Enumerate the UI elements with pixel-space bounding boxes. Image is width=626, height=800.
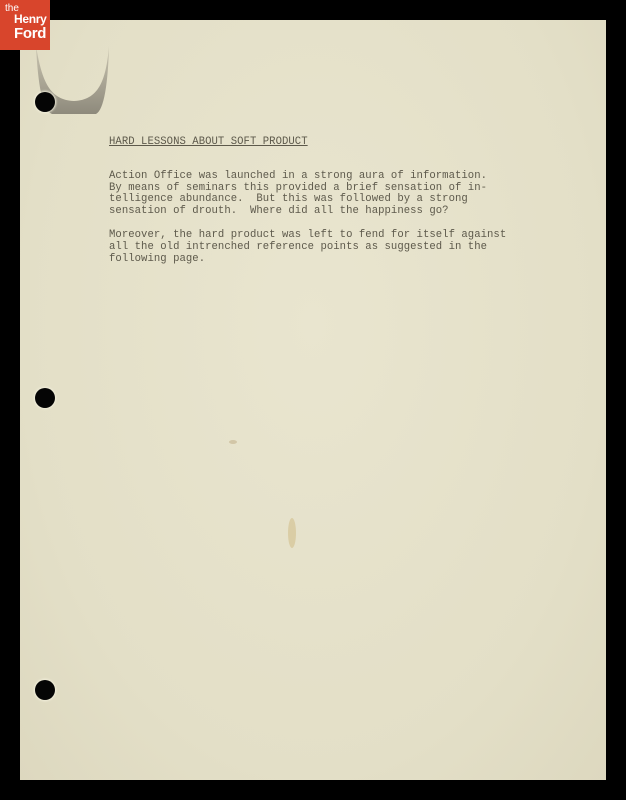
logo-ford: Ford <box>14 26 46 41</box>
paragraph-1: Action Office was launched in a strong a… <box>109 171 569 218</box>
binder-hole-top <box>35 92 55 112</box>
document-title: HARD LESSONS ABOUT SOFT PRODUCT <box>109 137 569 149</box>
paper-speck <box>229 440 237 444</box>
paragraph-2: Moreover, the hard product was left to f… <box>109 230 569 265</box>
paper-stain <box>288 518 296 548</box>
document-page <box>20 20 606 780</box>
document-body: HARD LESSONS ABOUT SOFT PRODUCT Action O… <box>109 137 569 277</box>
henry-ford-logo: the Henry Ford <box>0 0 50 50</box>
binder-hole-middle <box>35 388 55 408</box>
logo-henry: Henry <box>14 13 47 25</box>
binder-hole-bottom <box>35 680 55 700</box>
